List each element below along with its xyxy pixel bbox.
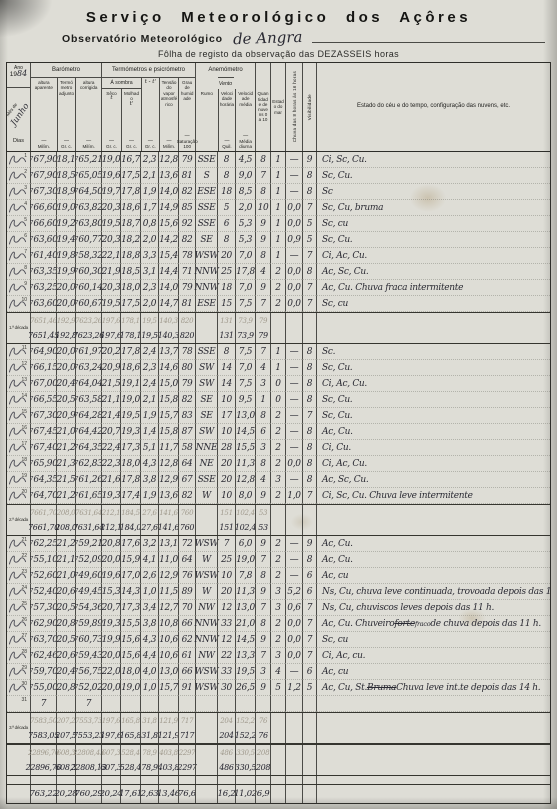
day-cell: 26 (7, 616, 30, 632)
day-row: 3767,3018,9764,5019,717,81,914,082ESE188… (7, 184, 550, 200)
nuvens (255, 696, 270, 712)
nuvens: 7 (255, 168, 270, 184)
visibilidade: 7 (302, 488, 316, 504)
visibilidade: 8 (302, 440, 316, 456)
visibilidade: 8 (302, 264, 316, 280)
temp-seco: 197,6 (101, 328, 120, 343)
humidade: 717 (178, 713, 195, 728)
alt-corrigida: 749,45 (75, 584, 101, 600)
alt-aparente: 767,30 (30, 184, 56, 200)
temp-seco: 22,0 (101, 664, 120, 680)
chuva: — (285, 568, 302, 584)
temp-seco: 197,6 (101, 713, 120, 728)
visibilidade: 8 (302, 456, 316, 472)
year-cell: Ano 1984 (7, 63, 30, 88)
humidade: 81 (178, 168, 195, 184)
visibilidade: 7 (302, 200, 316, 216)
veloc-horaria: 10 (217, 568, 235, 584)
tensao-vapor: 121,9 (158, 713, 178, 728)
alt-aparente: 7 (30, 696, 56, 712)
tensao-vapor: 15,8 (158, 424, 178, 440)
temp-seco: 19,3 (101, 616, 120, 632)
humidade: 82 (178, 392, 195, 408)
day-row: 23752,6021,0749,6019,617,02,612,976WSW10… (7, 568, 550, 584)
rumo (195, 713, 217, 728)
day-cell: 14 (7, 392, 30, 408)
day-row: 3177 (7, 696, 550, 712)
nuvens: 76 (255, 728, 270, 743)
rumo: W (195, 552, 217, 568)
nuvens: 10 (255, 200, 270, 216)
visibilidade: 8 (302, 552, 316, 568)
temp-seco: 21,6 (101, 472, 120, 488)
t-minus-t: 1,0 (140, 584, 158, 600)
estado-ceu (316, 520, 550, 535)
temp-seco: 607,3 (101, 760, 120, 775)
veloc-media: 11,3 (235, 584, 255, 600)
day-cell: 6 (7, 232, 30, 248)
veloc-media: 102,4 (235, 520, 255, 535)
scanned-register-sheet: Serviço Meteorológico dos Açôres Observa… (0, 0, 557, 809)
veloc-media: 6,0 (235, 536, 255, 552)
alt-aparente: 7583,05 (30, 728, 56, 743)
veloc-media: 21,0 (235, 616, 255, 632)
day-cell: 27 (7, 632, 30, 648)
veloc-horaria: 20 (217, 456, 235, 472)
days-label: Dias (7, 138, 30, 151)
chuva (285, 713, 302, 728)
t-minus-t: 0,8 (140, 216, 158, 232)
t-minus-t: 5,1 (140, 440, 158, 456)
termo-adjunto: 20,5 (56, 632, 75, 648)
tensao-vapor: 15,8 (158, 392, 178, 408)
year-handwritten: 84 (17, 69, 27, 78)
alt-aparente: 752,40 (30, 584, 56, 600)
alt-aparente: 22896,70 (30, 745, 56, 760)
chuva: 1,2 (285, 680, 302, 696)
estado-mar: 2 (270, 456, 285, 472)
fill-in-rule (312, 42, 545, 43)
veloc-horaria: 25 (217, 264, 235, 280)
tensao-vapor: 403,8 (158, 760, 178, 775)
visibilidade (302, 713, 316, 728)
alt-aparente: 7661,70 (30, 505, 56, 520)
alt-corrigida: 761,65 (75, 488, 101, 504)
humidade: 717 (178, 728, 195, 743)
nuvens: 8 (255, 568, 270, 584)
estado-ceu: Ci, Ac, Cu. (316, 248, 550, 264)
humidade: 91 (178, 680, 195, 696)
alt-aparente: 7651,45 (30, 328, 56, 343)
observer-rubric-icon (7, 377, 28, 391)
termo-adjunto: 20,0 (56, 280, 75, 296)
t-minus-t: 3,3 (140, 248, 158, 264)
temp-seco: 20,0 (101, 648, 120, 664)
temp-seco: 21,4 (101, 408, 120, 424)
alt-corrigida: 7553,23 (75, 728, 101, 743)
alt-corrigida: 759,21 (75, 536, 101, 552)
veloc-horaria: 15 (217, 296, 235, 312)
alt-aparente: 755,10 (30, 552, 56, 568)
temp-molhado: 18,2 (120, 232, 140, 248)
tensao-vapor: 15,7 (158, 408, 178, 424)
chuva: — (285, 552, 302, 568)
rumo: NNW (195, 632, 217, 648)
t-minus-t (140, 696, 158, 712)
day-row: 27763,7020,5760,7319,915,64,310,662NNW12… (7, 632, 550, 648)
form-description: Fôlha de registo da observação das DEZAS… (0, 49, 557, 59)
t-minus-t: 4,3 (140, 456, 158, 472)
estado-mar (270, 713, 285, 728)
means-label-cell (7, 785, 30, 803)
alt-aparente: 767,90 (30, 152, 56, 168)
termo-adjunto: 21,0 (56, 424, 75, 440)
temp-seco: 22,3 (101, 456, 120, 472)
alt-aparente: 765,90 (30, 456, 56, 472)
t-minus-t: 2,4 (140, 344, 158, 360)
tensao-vapor: 12,9 (158, 568, 178, 584)
col-hourly-speed: Velocidade horária — Quil. (218, 89, 236, 151)
estado-ceu: Sc, Cu. (316, 392, 550, 408)
termo-adjunto: 20,6 (56, 584, 75, 600)
alt-aparente: 766,55 (30, 392, 56, 408)
t-minus-t: 4,4 (140, 648, 158, 664)
veloc-horaria: 16,2 (217, 785, 235, 803)
observer-rubric-icon (7, 297, 28, 311)
chuva: 0,0 (285, 200, 302, 216)
alt-corrigida: 764,35 (75, 440, 101, 456)
t-minus-t: 1,7 (140, 200, 158, 216)
tensao-vapor: 13,7 (158, 344, 178, 360)
day-cell: 8 (7, 264, 30, 280)
temp-seco: 21,1 (101, 392, 120, 408)
temp-molhado: 19,5 (120, 408, 140, 424)
temp-molhado: 17,3 (120, 440, 140, 456)
veloc-horaria: 17 (217, 408, 235, 424)
humidade: 71 (178, 264, 195, 280)
chuva: — (285, 408, 302, 424)
temp-molhado (120, 696, 140, 712)
alt-corrigida: 761,97 (75, 344, 101, 360)
chuva (285, 745, 302, 760)
day-row: 25757,3020,5754,3620,717,33,412,770NW121… (7, 600, 550, 616)
alt-aparente: 755,00 (30, 680, 56, 696)
observer-rubric-icon (7, 633, 28, 647)
veloc-media: 102,4 (235, 505, 255, 520)
temp-molhado: 18,6 (120, 200, 140, 216)
humidade: 76 (178, 568, 195, 584)
rumo: W (195, 584, 217, 600)
rumo (195, 696, 217, 712)
day-cell: 25 (7, 600, 30, 616)
estado-mar (270, 328, 285, 343)
observer-rubric-icon (7, 217, 28, 231)
visibilidade (302, 520, 316, 535)
nuvens: 1 (255, 392, 270, 408)
tensao-vapor: 10,8 (158, 616, 178, 632)
visibilidade: 8 (302, 424, 316, 440)
nuvens: 8 (255, 248, 270, 264)
veloc-media: 152,2 (235, 728, 255, 743)
estado-ceu: Ac, Cu. (316, 424, 550, 440)
visibilidade: 7 (302, 632, 316, 648)
veloc-media: 7,5 (235, 376, 255, 392)
tensao-vapor: 14,4 (158, 264, 178, 280)
veloc-horaria: 18 (217, 280, 235, 296)
tensao-vapor: 13,46 (158, 785, 178, 803)
rumo: NNW (195, 264, 217, 280)
rumo (195, 760, 217, 775)
alt-aparente: 22896,70 (30, 760, 56, 775)
temp-molhado: 18,5 (120, 264, 140, 280)
nuvens: 4 (255, 360, 270, 376)
estado-ceu: Sc, cu (316, 632, 550, 648)
col-visibility: Visibilidade (302, 63, 316, 151)
estado-mar: 2 (270, 408, 285, 424)
termo-adjunto (56, 696, 75, 712)
visibilidade: 7 (302, 600, 316, 616)
termo-adjunto: 20,4 (56, 376, 75, 392)
t-minus-t: 3,8 (140, 472, 158, 488)
observer-rubric-icon (7, 617, 28, 631)
t-minus-t: 2,3 (140, 280, 158, 296)
day-cell: 20 (7, 488, 30, 504)
nuvens: 7 (255, 600, 270, 616)
veloc-horaria: 8 (217, 168, 235, 184)
chuva: — (285, 424, 302, 440)
estado-ceu: Sc, cu (316, 216, 550, 232)
termo-adjunto: 20,6 (56, 648, 75, 664)
alt-aparente: 763,60 (30, 296, 56, 312)
alt-corrigida: 749,60 (75, 568, 101, 584)
veloc-media: 7,8 (235, 568, 255, 584)
chuva: — (285, 440, 302, 456)
alt-aparente: 767,90 (30, 168, 56, 184)
means-row: 763,2220,28760,2920,2417,612,6313,4676,6… (7, 784, 550, 803)
temp-seco: 212,1 (101, 505, 120, 520)
alt-corrigida: 7631,64 (75, 505, 101, 520)
observer-rubric-icon (7, 393, 28, 407)
alt-aparente: 764,70 (30, 488, 56, 504)
tensao-vapor: 12,8 (158, 456, 178, 472)
day-cell: 15 (7, 408, 30, 424)
veloc-horaria: 20 (217, 584, 235, 600)
visibilidade: 8 (302, 168, 316, 184)
rumo: NE (195, 456, 217, 472)
day-cell: 17 (7, 440, 30, 456)
temp-molhado: 14,3 (120, 584, 140, 600)
estado-mar: 2 (270, 296, 285, 312)
veloc-horaria: 486 (217, 745, 235, 760)
observer-rubric-icon (7, 249, 28, 263)
observer-rubric-icon (7, 153, 28, 167)
chuva: 0,0 (285, 648, 302, 664)
estado-ceu (316, 760, 550, 775)
chuva (285, 760, 302, 775)
col-vapour-tension: Tensão do vapor atmosférico — Milím. (159, 78, 179, 151)
humidade: 82 (178, 184, 195, 200)
termo-adjunto: 18,5 (56, 168, 75, 184)
estado-mar: 1 (270, 168, 285, 184)
day-row: 30755,0020,8752,0220,019,01,015,791WSW30… (7, 680, 550, 696)
alt-corrigida: 763,24 (75, 360, 101, 376)
alt-aparente: 761,40 (30, 248, 56, 264)
day-row: 2767,9018,5765,0519,617,52,113,681S89,07… (7, 168, 550, 184)
veloc-media: 8,5 (235, 184, 255, 200)
estado-ceu (316, 328, 550, 343)
t-minus-t: 27,6 (140, 520, 158, 535)
estado-ceu: Sc, Cu. (316, 360, 550, 376)
day-cell: 12 (7, 360, 30, 376)
veloc-media: 11,3 (235, 456, 255, 472)
visibilidade: 8 (302, 472, 316, 488)
observer-rubric-icon (7, 425, 28, 439)
day-cell: 7 (7, 248, 30, 264)
t-minus-t: 1,9 (140, 408, 158, 424)
veloc-horaria: 30 (217, 680, 235, 696)
nuvens: 53 (255, 505, 270, 520)
termo-adjunto: 21,2 (56, 440, 75, 456)
visibilidade: 6 (302, 584, 316, 600)
estado-ceu: Sc, Cu, bruma (316, 200, 550, 216)
estado-ceu: Ac, Cu. Chuveiro fortefraco de chuva dep… (316, 616, 550, 632)
temp-seco: 607,3 (101, 745, 120, 760)
alt-aparente: 759,70 (30, 664, 56, 680)
tensao-vapor: 140,3 (158, 313, 178, 328)
t-minus-t: 2,6 (140, 568, 158, 584)
nuvens: 8 (255, 408, 270, 424)
tensao-vapor (158, 696, 178, 712)
rumo: SSE (195, 472, 217, 488)
humidade: 820 (178, 328, 195, 343)
termo-adjunto: 20,0 (56, 344, 75, 360)
day-row: 8763,3519,9760,3021,918,53,114,471NNW251… (7, 264, 550, 280)
visibilidade (302, 313, 316, 328)
humidade: 2297 (178, 745, 195, 760)
estado-ceu: Ac, Cu, St. Bruma Chuva leve int.te depo… (316, 680, 550, 696)
day-row: 24752,4020,6749,4515,314,31,011,589W2011… (7, 584, 550, 600)
temp-seco: 19,5 (101, 296, 120, 312)
temp-molhado: 17,6 (120, 536, 140, 552)
alt-aparente: 762,25 (30, 536, 56, 552)
day-cell: 23 (7, 568, 30, 584)
veloc-horaria: 486 (217, 760, 235, 775)
page-title: Serviço Meteorológico dos Açôres (0, 0, 557, 26)
observer-rubric-icon (7, 537, 28, 551)
temp-molhado: 15,6 (120, 648, 140, 664)
estado-mar: 1 (270, 184, 285, 200)
t-minus-t: 2,0 (140, 296, 158, 312)
estado-mar: 1 (270, 248, 285, 264)
chuva (285, 505, 302, 520)
estado-mar (270, 760, 285, 775)
temp-seco: 19,6 (101, 168, 120, 184)
visibilidade (302, 505, 316, 520)
day-cell: 5 (7, 216, 30, 232)
termo-adjunto: 20,5 (56, 392, 75, 408)
t-minus-t: 27,6 (140, 505, 158, 520)
veloc-horaria: 10 (217, 424, 235, 440)
veloc-media: 330,5 (235, 760, 255, 775)
chuva (285, 328, 302, 343)
estado-ceu: Ci, Sc, Cu. (316, 152, 550, 168)
temp-seco: 22,4 (101, 440, 120, 456)
rumo: NNE (195, 440, 217, 456)
veloc-horaria: 204 (217, 728, 235, 743)
temp-seco: 212,1 (101, 520, 120, 535)
tensao-vapor: 11,7 (158, 440, 178, 456)
humidade: 80 (178, 360, 195, 376)
day-row: 12766,1520,0763,2420,918,62,314,680SW147… (7, 360, 550, 376)
humidade: 85 (178, 200, 195, 216)
chuva (285, 313, 302, 328)
t-minus-t: 2,63 (140, 785, 158, 803)
day-cell: 9 (7, 280, 30, 296)
alt-corrigida: 752,09 (75, 552, 101, 568)
day-cell: 11 (7, 344, 30, 360)
observer-rubric-icon (7, 233, 28, 247)
visibilidade (302, 696, 316, 712)
alt-corrigida: 7553,73 (75, 713, 101, 728)
observer-rubric-icon (7, 409, 28, 423)
alt-corrigida: 764,04 (75, 376, 101, 392)
visibilidade: 5 (302, 216, 316, 232)
chuva: 0,0 (285, 616, 302, 632)
rumo (195, 505, 217, 520)
observer-rubric-icon (7, 473, 28, 487)
estado-mar: 2 (270, 440, 285, 456)
alt-corrigida: 764,42 (75, 424, 101, 440)
temp-seco: 15,3 (101, 584, 120, 600)
day-row: 1767,9018,1765,2119,016,72,312,879SSE84,… (7, 152, 550, 168)
veloc-media: 13,0 (235, 408, 255, 424)
veloc-horaria: 14 (217, 360, 235, 376)
col-humidity: Grau de humidade — Saturação 100 (178, 78, 195, 151)
rumo (195, 745, 217, 760)
estado-ceu: Ns, Cu, chuva leve continuada, trovoada … (316, 584, 550, 600)
decade-summary: 2.ª década7661,70208,07631,64212,1184,52… (7, 504, 550, 536)
veloc-horaria: 7 (217, 536, 235, 552)
alt-corrigida: 7 (75, 696, 101, 712)
group-anemometer: Anemómetro Vento Rumo Velocidade horária… (195, 63, 255, 151)
col-corrected-height: altura corrigida — Milím. (75, 78, 101, 151)
chuva (285, 520, 302, 535)
temp-molhado: 178,1 (120, 313, 140, 328)
alt-aparente: 7651,46 (30, 313, 56, 328)
estado-mar: 2 (270, 616, 285, 632)
tensao-vapor: 14,2 (158, 232, 178, 248)
tensao-vapor: 140,3 (158, 328, 178, 343)
tensao-vapor: 14,0 (158, 184, 178, 200)
day-cell: 21 (7, 536, 30, 552)
alt-aparente: 764,35 (30, 472, 56, 488)
estado-ceu: Ci, Ac, Cu. (316, 376, 550, 392)
alt-aparente: 757,30 (30, 600, 56, 616)
estado-ceu: Ac, cu (316, 664, 550, 680)
estado-ceu: Ac, Sc, Cu. (316, 472, 550, 488)
veloc-media: 26,5 (235, 680, 255, 696)
day-cell: 3 (7, 184, 30, 200)
rumo: SE (195, 232, 217, 248)
rumo: ESE (195, 184, 217, 200)
col-rain-8-to-16: Chuva das 8 horas às 16 horas (285, 63, 302, 151)
estado-mar (270, 745, 285, 760)
humidade: 62 (178, 632, 195, 648)
temp-molhado: 17,8 (120, 184, 140, 200)
chuva: 0,0 (285, 264, 302, 280)
rumo: NW (195, 600, 217, 616)
col-wind-direction: Rumo (196, 89, 218, 151)
